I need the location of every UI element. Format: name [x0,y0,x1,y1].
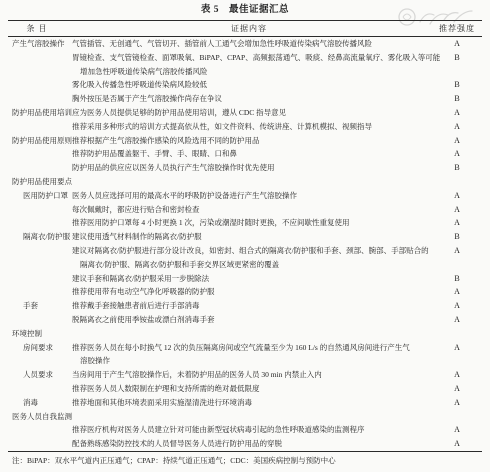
table-row: 胸外按压是否属于产生气溶胶操作尚存在争议B [8,92,482,106]
table-row: 房间要求推荐医务人员在每小时换气 12 次的负压隔离房间或空气流量至少为 160… [8,341,482,355]
table-row: 胃镜检查、支气管镜检查、面罩吸氧、BiPAP、CPAP、高频振荡通气、吸痰、经鼻… [8,51,482,65]
row-item-cell: 防护用品使用培训 [8,106,66,120]
row-grade-cell: A [432,313,482,327]
row-item-cell: 医务人员自我监测 [8,410,66,424]
row-item-cell: 环境控制 [8,327,66,341]
row-grade-cell: A [432,368,482,382]
row-grade-cell: A [432,244,482,258]
row-item-cell [8,147,66,161]
row-item-cell: 房间要求 [8,341,66,355]
row-grade-cell: A [432,396,482,410]
row-content-cell: 推荐医疗机构对医务人员建立针对可能由新型冠状病毒引起的急性呼吸道感染的监测程序 [66,423,432,437]
table-row: 消毒推荐地面和其他环境表面采用实施湿清洗进行环境消毒A [8,396,482,410]
row-content-cell: 推荐医务人员在每小时换气 12 次的负压隔离房间或空气流量至少为 160 L/s… [66,341,432,355]
row-content-cell: 推荐使用带有电动空气净化呼吸器的防护服 [66,285,432,299]
row-item-cell [8,65,66,79]
row-grade-cell [432,327,482,341]
table-row: 推荐防护用品覆盖躯干、手臂、手、眼睛、口和鼻A [8,147,482,161]
table-row: 推荐医疗机构对医务人员建立针对可能由新型冠状病毒引起的急性呼吸道感染的监测程序A [8,423,482,437]
table-row: 建议手套和隔离衣/防护服采用一步脱除法B [8,272,482,286]
row-item-cell: 人员要求 [8,368,66,382]
row-content-cell: 建议对隔离衣/防护服进行部分设计改良，如密封、组合式的隔离衣/防护服和手套、颈部… [66,244,432,258]
table-row: 医用防护口罩医务人员应选择可用的最高水平的呼吸防护设备进行产生气溶胶操作A [8,189,482,203]
table-body: 产生气溶胶操作气管插管、无创通气、气管切开、插管前人工通气会增加急性呼吸道传染病… [8,37,482,452]
table-row: 防护用品使用原则推荐根据产生气溶胶操作感染的风险选用不同的防护用品A [8,134,482,148]
row-grade-cell: B [432,272,482,286]
row-grade-cell: A [432,106,482,120]
row-grade-cell: A [432,147,482,161]
row-item-cell [8,272,66,286]
row-item-cell: 消毒 [8,396,66,410]
table-row: 环境控制 [8,327,482,341]
row-content-cell: 医务人员应选择可用的最高水平的呼吸防护设备进行产生气溶胶操作 [66,189,432,203]
row-content-cell: 推荐采用多种形式的培训方式提高依从性，如文件资料、传统讲座、计算机模拟、视频指导 [66,120,432,134]
table-row: 每次佩戴时，都应进行贴合和密封检查A [8,203,482,217]
row-content-cell: 增加急性呼吸道传染病气溶胶传播风险 [66,65,432,79]
row-item-cell [8,258,66,272]
row-grade-cell: A [432,437,482,451]
table-row: 手套推荐戴手套接触患者前后进行手部消毒A [8,299,482,313]
best-evidence-table: 条 目 证据内容 推荐强度 产生气溶胶操作气管插管、无创通气、气管切开、插管前人… [8,20,482,452]
table-title: 表 5 最佳证据汇总 [0,0,490,20]
table-row: 配备熟练感染防控技术的人员督导医务人员进行防护用品的穿脱A [8,437,482,451]
row-item-cell: 产生气溶胶操作 [8,37,66,51]
row-item-cell [8,437,66,451]
table-row: 推荐采用多种形式的培训方式提高依从性，如文件资料、传统讲座、计算机模拟、视频指导… [8,120,482,134]
row-content-cell: 推荐医务人员人数限制在护理和支持所需的绝对最低限度 [66,382,432,396]
row-grade-cell [432,258,482,272]
table-footnote: 注：BiPAP：双水平气道内正压通气；CPAP：持续气道正压通气；CDC：美国疾… [12,455,336,466]
row-item-cell: 医用防护口罩 [8,189,66,203]
row-content-cell: 建议使用透气材料制作的隔离衣/防护服 [66,230,432,244]
row-grade-cell [432,65,482,79]
table-row: 溶胶操作 [8,354,482,368]
table-row: 防护用品的供应应以医务人员执行产生气溶胶操作时优先使用B [8,161,482,175]
row-item-cell [8,203,66,217]
row-item-cell [8,51,66,65]
row-grade-cell: A [432,216,482,230]
table-row: 隔离衣/防护服建议使用透气材料制作的隔离衣/防护服B [8,230,482,244]
row-item-cell: 隔离衣/防护服 [8,230,66,244]
row-grade-cell: A [432,299,482,313]
table-row: 建议对隔离衣/防护服进行部分设计改良，如密封、组合式的隔离衣/防护服和手套、颈部… [8,244,482,258]
column-header-grade: 推荐强度 [432,21,482,37]
row-item-cell [8,354,66,368]
row-grade-cell [432,175,482,189]
row-item-cell [8,313,66,327]
column-header-item: 条 目 [8,21,66,37]
table-row: 推荐使用带有电动空气净化呼吸器的防护服A [8,285,482,299]
table-header: 条 目 证据内容 推荐强度 [8,21,482,37]
row-grade-cell: A [432,203,482,217]
row-content-cell: 推荐戴手套接触患者前后进行手部消毒 [66,299,432,313]
row-content-cell: 推荐地面和其他环境表面采用实施湿清洗进行环境消毒 [66,396,432,410]
row-grade-cell [432,354,482,368]
row-grade-cell: A [432,189,482,203]
row-grade-cell [432,410,482,424]
row-content-cell [66,410,432,424]
table-row: 增加急性呼吸道传染病气溶胶传播风险 [8,65,482,79]
table-row: 医务人员自我监测 [8,410,482,424]
row-item-cell: 防护用品使用原则 [8,134,66,148]
row-item-cell [8,92,66,106]
table-row: 推荐医用防护口罩每 4 小时更换 1 次，污染或潮湿时随时更换，不应间歇性重复使… [8,216,482,230]
row-grade-cell: A [432,341,482,355]
row-content-cell: 配备熟练感染防控技术的人员督导医务人员进行防护用品的穿脱 [66,437,432,451]
row-content-cell [66,327,432,341]
row-content-cell: 雾化吸入传播急性呼吸道传染病风险较低 [66,78,432,92]
row-grade-cell: A [432,134,482,148]
table-row: 隔离衣/防护服、隔离衣/防护服和手套交界区域更紧密的覆盖 [8,258,482,272]
table-row: 产生气溶胶操作气管插管、无创通气、气管切开、插管前人工通气会增加急性呼吸道传染病… [8,37,482,51]
table-row: 脱隔离衣之前使用季铵盐或漂白剂消毒手套A [8,313,482,327]
row-item-cell: 手套 [8,299,66,313]
table-row: 防护用品使用要点 [8,175,482,189]
row-content-cell: 推荐医用防护口罩每 4 小时更换 1 次，污染或潮湿时随时更换，不应间歇性重复使… [66,216,432,230]
row-content-cell [66,175,432,189]
row-grade-cell: B [432,78,482,92]
row-content-cell: 推荐防护用品覆盖躯干、手臂、手、眼睛、口和鼻 [66,147,432,161]
row-content-cell: 脱隔离衣之前使用季铵盐或漂白剂消毒手套 [66,313,432,327]
row-item-cell: 防护用品使用要点 [8,175,66,189]
table-row: 推荐医务人员人数限制在护理和支持所需的绝对最低限度A [8,382,482,396]
table-row: 雾化吸入传播急性呼吸道传染病风险较低B [8,78,482,92]
row-content-cell: 当房间用于产生气溶胶操作后，未着防护用品的医务人员 30 min 内禁止入内 [66,368,432,382]
row-item-cell [8,78,66,92]
row-item-cell [8,120,66,134]
row-content-cell: 溶胶操作 [66,354,432,368]
row-item-cell [8,423,66,437]
row-content-cell: 应为医务人员提供足够的防护用品使用培训，遵从 CDC 指导意见 [66,106,432,120]
row-content-cell: 气管插管、无创通气、气管切开、插管前人工通气会增加急性呼吸道传染病气溶胶传播风险 [66,37,432,51]
row-content-cell: 建议手套和隔离衣/防护服采用一步脱除法 [66,272,432,286]
row-grade-cell: B [432,230,482,244]
row-grade-cell: A [432,37,482,51]
row-item-cell [8,216,66,230]
row-grade-cell: A [432,285,482,299]
table-row: 防护用品使用培训应为医务人员提供足够的防护用品使用培训，遵从 CDC 指导意见A [8,106,482,120]
row-content-cell: 隔离衣/防护服、隔离衣/防护服和手套交界区域更紧密的覆盖 [66,258,432,272]
row-grade-cell: B [432,92,482,106]
row-item-cell [8,244,66,258]
row-content-cell: 胸外按压是否属于产生气溶胶操作尚存在争议 [66,92,432,106]
row-grade-cell: A [432,382,482,396]
column-header-content: 证据内容 [66,21,432,37]
row-grade-cell: A [432,120,482,134]
row-content-cell: 推荐根据产生气溶胶操作感染的风险选用不同的防护用品 [66,134,432,148]
row-content-cell: 防护用品的供应应以医务人员执行产生气溶胶操作时优先使用 [66,161,432,175]
table-row: 人员要求当房间用于产生气溶胶操作后，未着防护用品的医务人员 30 min 内禁止… [8,368,482,382]
row-item-cell [8,161,66,175]
row-grade-cell: B [432,161,482,175]
row-item-cell [8,382,66,396]
row-grade-cell: A [432,423,482,437]
row-content-cell: 每次佩戴时，都应进行贴合和密封检查 [66,203,432,217]
row-content-cell: 胃镜检查、支气管镜检查、面罩吸氧、BiPAP、CPAP、高频振荡通气、吸痰、经鼻… [66,51,432,65]
row-item-cell [8,285,66,299]
